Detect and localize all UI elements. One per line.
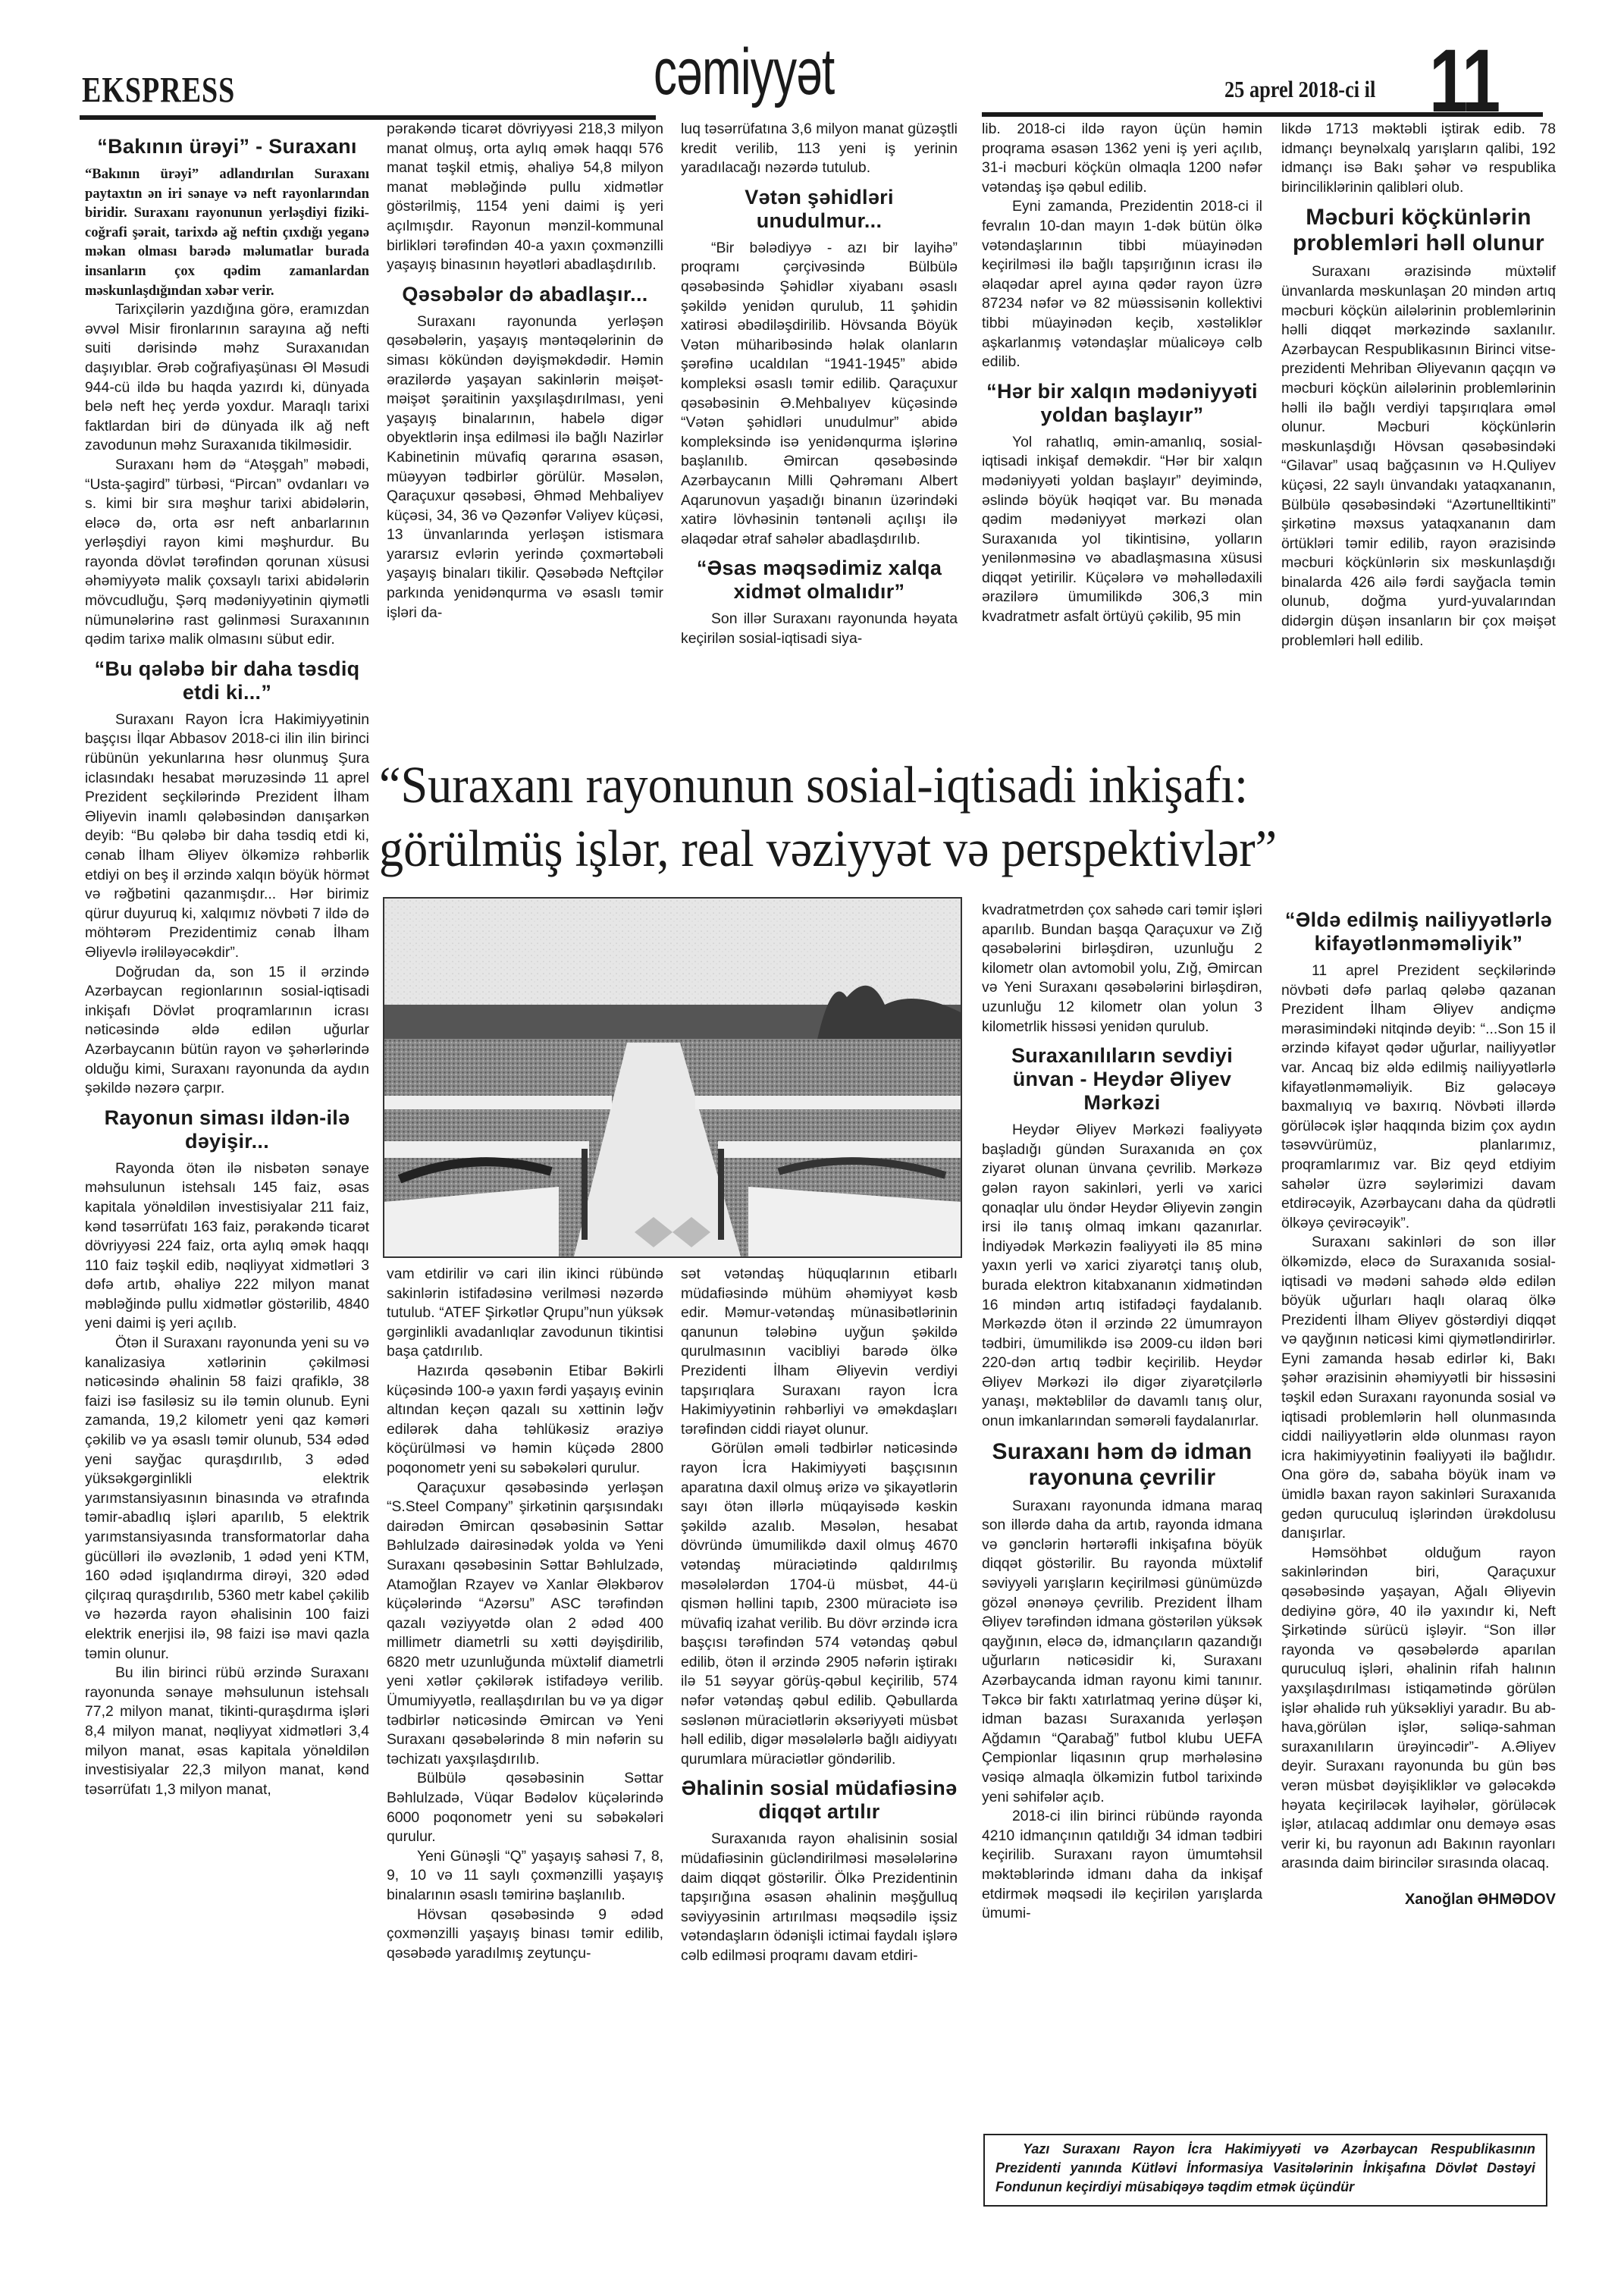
paragraph: vam etdirilir və cari ilin ikinci rübünd… [387,1265,663,1362]
subheading-elde-edilmis: “Əldə edilmiş nailiyyətlərlə kifayətlənm… [1281,908,1556,955]
paragraph: Rayonda ötən ilə nisbətən sənaye məhsulu… [85,1159,369,1334]
paragraph: Görülən əməli tədbirlər nəticəsində rayo… [681,1439,958,1769]
lead-paragraph: “Bakının ürəyi” adlandırılan Suraxanı pa… [85,165,369,300]
subheading-bu-qelebe: “Bu qələbə bir daha təsdiq etdi ki...” [85,657,369,704]
subheading-mecburi-kockunler: Məcburi köçkünlərin problemləri həll olu… [1281,205,1556,256]
column-1: “Bakının ürəyi” - Suraxanı “Bakının ürəy… [85,127,369,1799]
paragraph: Hövsan qəsəbəsində 9 ədəd çoxmənzilli ya… [387,1906,663,1964]
subheading-bakinin-ureyi: “Bakının ürəyi” - Suraxanı [85,135,369,158]
subheading-ehalinin-sosial: Əhalinin sosial müdafiəsinə diqqət artıl… [681,1777,958,1824]
paragraph: 2018-ci ilin birinci rübündə rayonda 421… [982,1807,1262,1924]
column-2-top: pərakəndə ticarət dövriyyəsi 218,3 milyo… [387,120,663,623]
issue-date: 25 aprel 2018-ci il [1224,76,1375,103]
paragraph: Bülbülə qəsəbəsinin Səttar Bəhlulzadə, V… [387,1769,663,1846]
paragraph: kvadratmetrdən çox sahədə cari təmir işl… [982,901,1262,1037]
column-4-bottom: kvadratmetrdən çox sahədə cari təmir işl… [982,901,1262,1924]
column-5-top: likdə 1713 məktəbli iştirak edib. 78 idm… [1281,120,1556,651]
paragraph: Eyni zamanda, Prezidentin 2018-ci il fev… [982,197,1262,372]
paragraph: Ötən il Suraxanı rayonunda yeni su və ka… [85,1334,369,1664]
paragraph: “Bir bələdiyyə - azı bir layihə” proqram… [681,239,958,550]
paragraph: 11 aprel Prezident seçkilərində növbəti … [1281,961,1556,1233]
headline-line-2: görülmüş işlər, real vəziyyət və perspek… [379,817,1507,880]
subheading-qesebeler: Qəsəbələr də abadlaşır... [387,283,663,306]
paragraph: Hazırda qəsəbənin Etibar Bəkirli küçəsin… [387,1362,663,1479]
paragraph: Suraxanıda rayon əhalisinin sosial müdaf… [681,1830,958,1965]
paragraph: pərakəndə ticarət dövriyyəsi 218,3 milyo… [387,120,663,275]
paragraph: sət vətəndaş hüquqlarının etibarlı müdaf… [681,1265,958,1439]
paragraph: Bu ilin birinci rübü ərzində Suraxanı ra… [85,1664,369,1799]
subheading-esas-meqsedimiz: “Əsas məqsədimiz xalqa xidmət olmalıdır” [681,557,958,604]
paragraph: Suraxanı sakinləri də son illər ölkəmizd… [1281,1233,1556,1544]
paragraph: Suraxanı həm də “Atəşgah” məbədi, “Usta-… [85,456,369,650]
masthead: EKSPRESS cəmiyyət 25 aprel 2018-ci il 11 [0,0,1624,121]
paragraph: likdə 1713 məktəbli iştirak edib. 78 idm… [1281,120,1556,197]
subheading-idman-rayonu: Suraxanı həm də idman rayonuna çevrilir [982,1439,1262,1491]
notice-text: Yazı Suraxanı Rayon İcra Hakimiyyəti və … [995,2140,1535,2197]
paragraph: Suraxanı ərazisində müxtəlif ünvanlarda … [1281,262,1556,651]
paragraph: Həmsöhbət olduğum rayon sakinlərindən bi… [1281,1544,1556,1874]
column-2-bottom: vam etdirilir və cari ilin ikinci rübünd… [387,1265,663,1963]
column-3-top: luq təsərrüfatına 3,6 milyon manat güzəş… [681,120,958,648]
subheading-rayonun-simasi: Rayonun siması ildən-ilə dəyişir... [85,1106,369,1153]
subheading-her-bir-xalqin: “Hər bir xalqın mədəniyyəti yoldan başla… [982,380,1262,427]
subheading-heyder-eliyev-merkezi: Suraxanılıların sevdiyi ünvan - Heydər Ə… [982,1044,1262,1115]
contest-notice-box: Yazı Suraxanı Rayon İcra Hakimiyyəti və … [983,2134,1547,2207]
author-byline: Xanoğlan ƏHMƏDOV [1281,1890,1556,1910]
column-4-top: lib. 2018-ci ildə rayon üçün həmin proqr… [982,120,1262,627]
header-rule-right [982,112,1543,117]
subheading-veten-sehidleri: Vətən şəhidləri unudulmur... [681,186,958,233]
paragraph: Suraxanı rayonunda yerləşən qəsəbələrin,… [387,312,663,623]
newspaper-brand: EKSPRESS [82,70,235,111]
column-3-bottom: sət vətəndaş hüquqlarının etibarlı müdaf… [681,1265,958,1966]
park-photo-icon [384,899,961,1256]
paragraph: Suraxanı Rayon İcra Hakimiyyətinin başçı… [85,710,369,963]
paragraph: Heydər Əliyev Mərkəzi fəaliyyətə başladı… [982,1121,1262,1432]
paragraph: Tarixçilərin yazdığına görə, eramızdan ə… [85,300,369,456]
paragraph: Yol rahatlıq, əmin-amanlıq, sosial-iqtis… [982,433,1262,627]
paragraph: Son illər Suraxanı rayonunda həyata keçi… [681,610,958,648]
paragraph: Doğrudan da, son 15 il ərzində Azərbayca… [85,963,369,1099]
main-headline: “Suraxanı rayonunun sosial-iqtisadi inki… [379,753,1507,880]
headline-line-1: “Suraxanı rayonunun sosial-iqtisadi inki… [379,753,1507,817]
paragraph: Suraxanı rayonunda idmana maraq son illə… [982,1497,1262,1808]
article-photo [383,897,962,1258]
paragraph: Qaraçuxur qəsəbəsində yerləşən “S.Steel … [387,1479,663,1770]
paragraph: lib. 2018-ci ildə rayon üçün həmin proqr… [982,120,1262,197]
section-title: cəmiyyət [654,39,835,105]
column-5-bottom: “Əldə edilmiş nailiyyətlərlə kifayətlənm… [1281,901,1556,1910]
paragraph: Yeni Günəşli “Q” yaşayış sahəsi 7, 8, 9,… [387,1847,663,1906]
paragraph: luq təsərrüfatına 3,6 milyon manat güzəş… [681,120,958,178]
